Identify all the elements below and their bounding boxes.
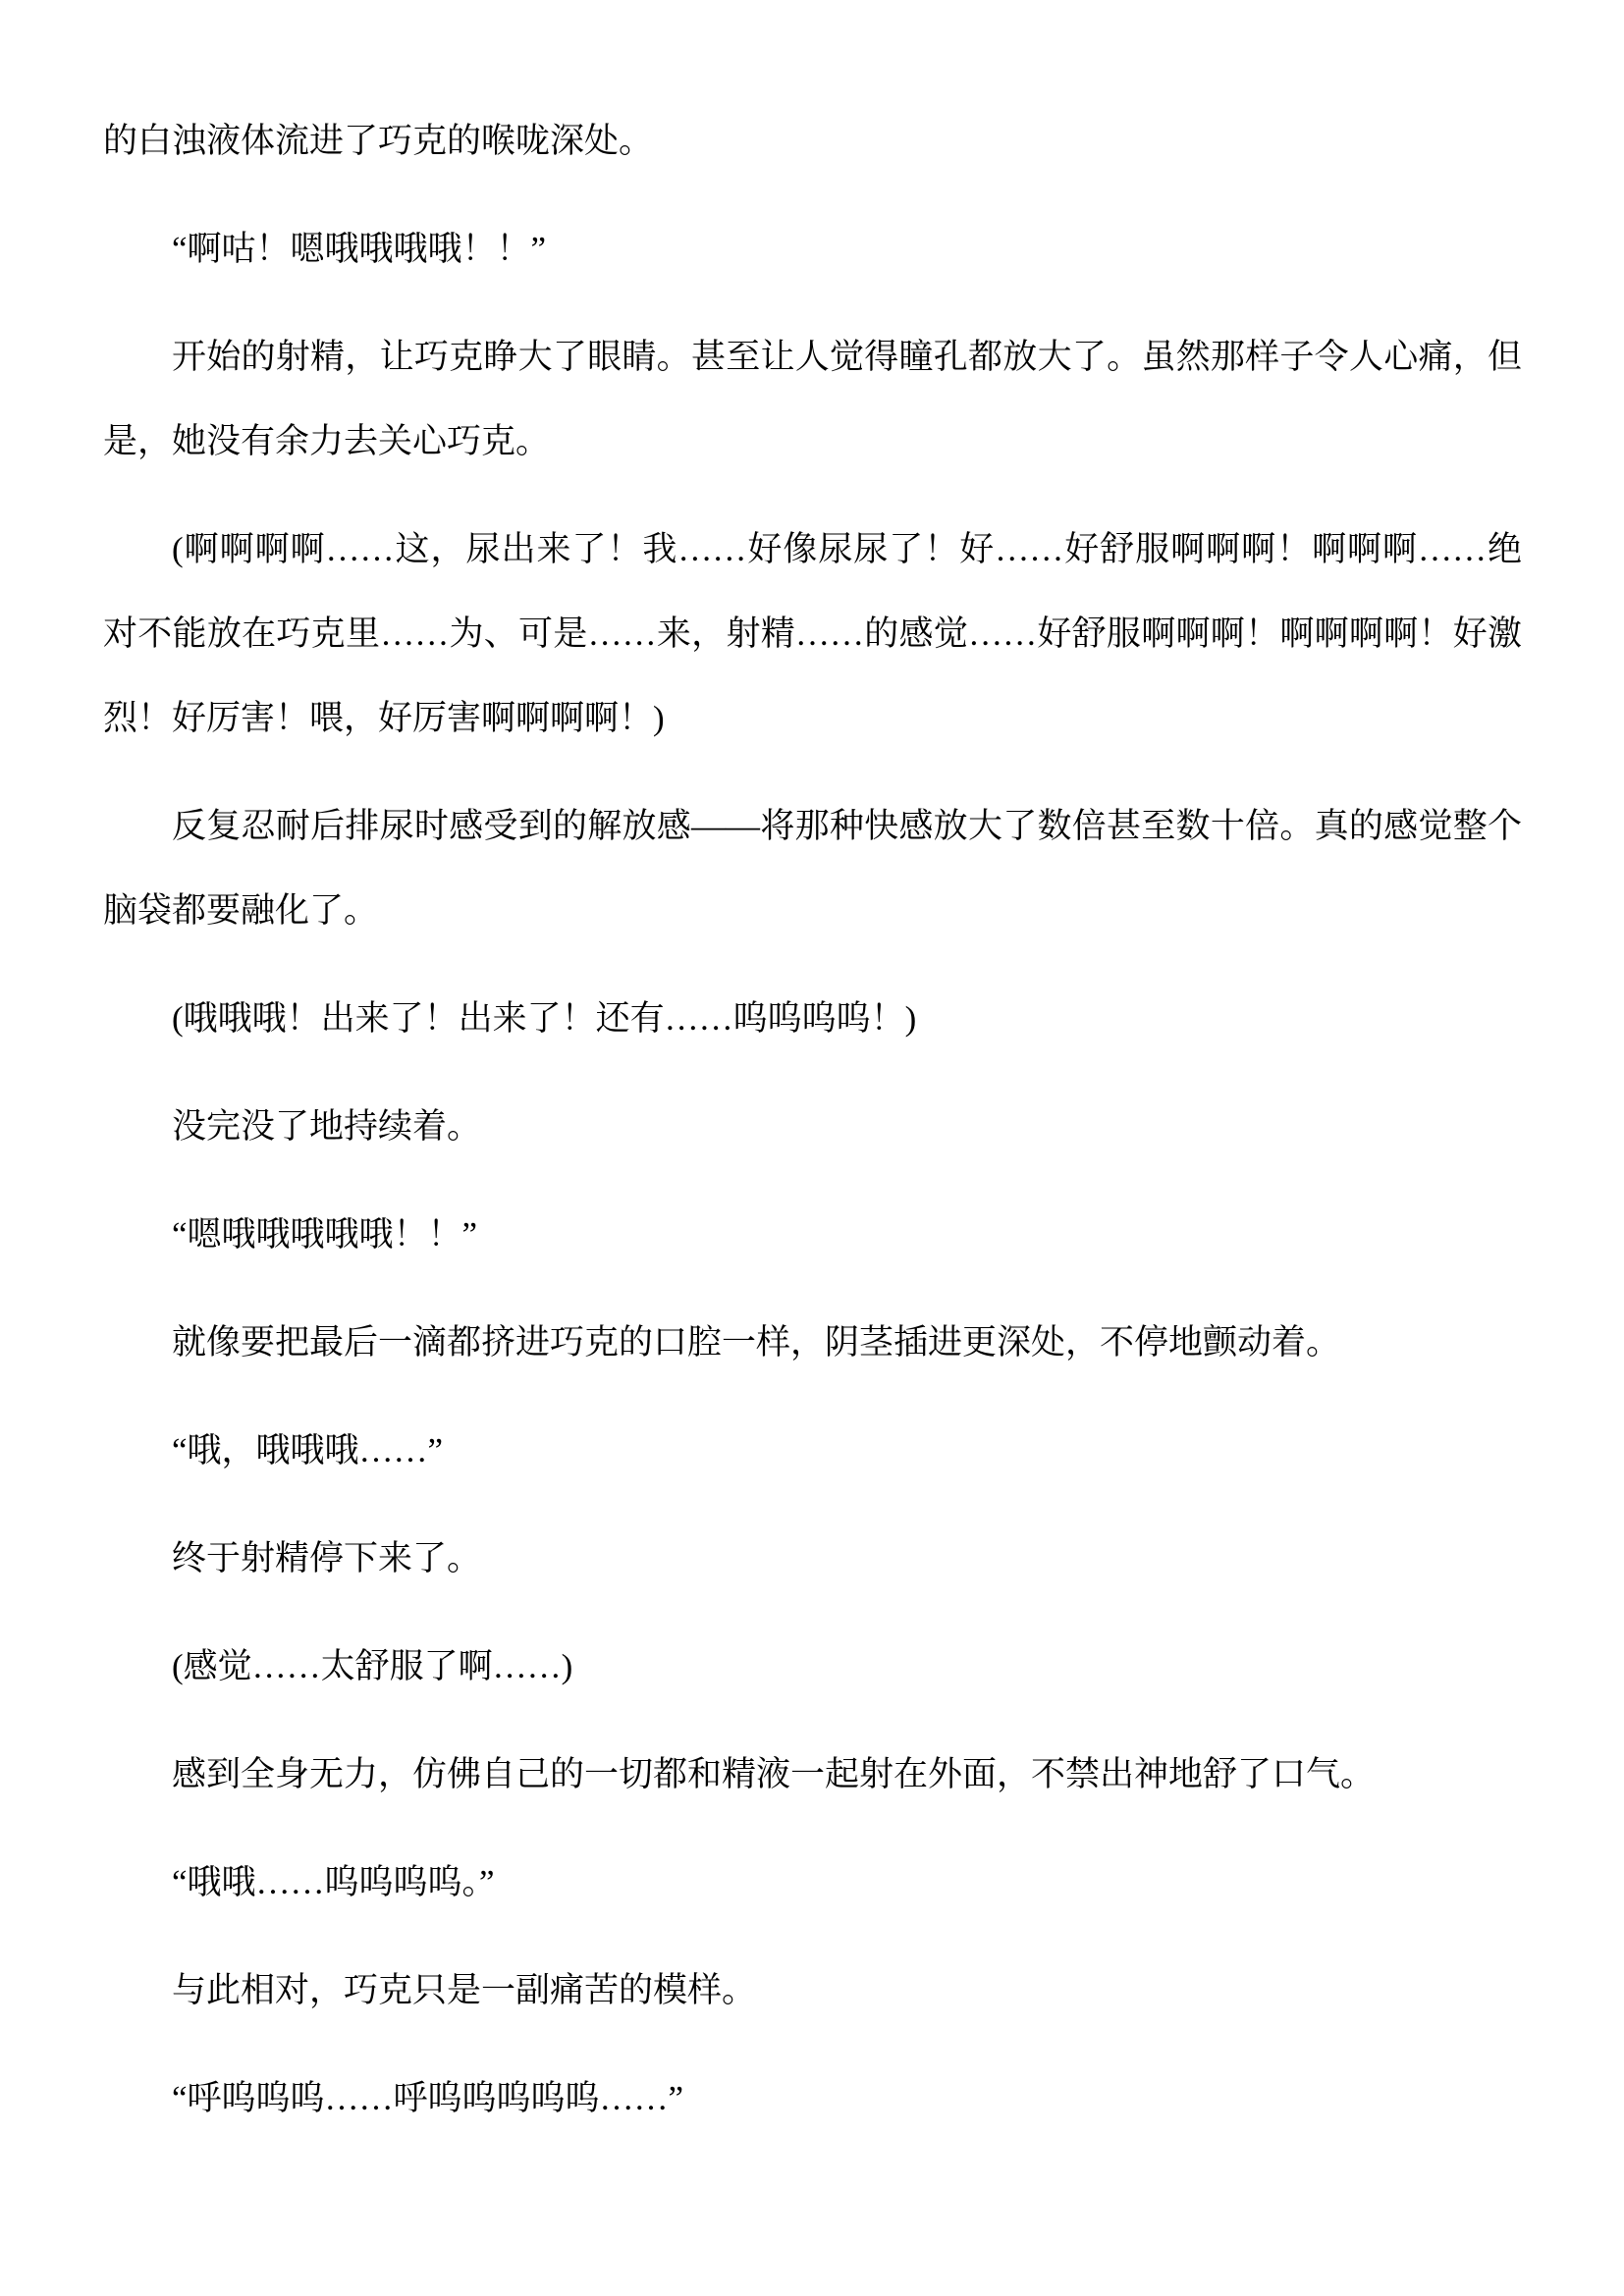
paragraph-narration: 没完没了地持续着。 <box>103 1085 1522 1169</box>
paragraph-narration: 开始的射精，让巧克睁大了眼睛。甚至让人觉得瞳孔都放大了。虽然那样子令人心痛，但是… <box>103 315 1522 484</box>
paragraph-dialogue: “啊咕！嗯哦哦哦哦！！” <box>103 207 1522 292</box>
paragraph-narration: 与此相对，巧克只是一副痛苦的模样。 <box>103 1949 1522 2033</box>
paragraph-inner-monologue: (感觉……太舒服了啊……) <box>103 1625 1522 1709</box>
paragraph-dialogue: “哦，哦哦哦……” <box>103 1409 1522 1493</box>
paragraph-inner-monologue: (啊啊啊啊……这，尿出来了！我……好像尿尿了！好……好舒服啊啊啊！啊啊啊……绝对… <box>103 507 1522 761</box>
text-column: 的白浊液体流进了巧克的喉咙深处。 “啊咕！嗯哦哦哦哦！！” 开始的射精，让巧克睁… <box>103 99 1522 2141</box>
paragraph-narration: 就像要把最后一滴都挤进巧克的口腔一样，阴茎插进更深处，不停地颤动着。 <box>103 1301 1522 1385</box>
paragraph-narration: 感到全身无力，仿佛自己的一切都和精液一起射在外面，不禁出神地舒了口气。 <box>103 1733 1522 1817</box>
paragraph-narration: 终于射精停下来了。 <box>103 1517 1522 1601</box>
paragraph-dialogue: “呼呜呜呜……呼呜呜呜呜呜……” <box>103 2056 1522 2141</box>
paragraph-dialogue: “哦哦……呜呜呜呜。” <box>103 1841 1522 1925</box>
document-page: 的白浊液体流进了巧克的喉咙深处。 “啊咕！嗯哦哦哦哦！！” 开始的射精，让巧克睁… <box>0 0 1624 2296</box>
paragraph-dialogue: “嗯哦哦哦哦哦！！” <box>103 1193 1522 1277</box>
paragraph-narration-continuation: 的白浊液体流进了巧克的喉咙深处。 <box>103 99 1522 184</box>
paragraph-narration: 反复忍耐后排尿时感受到的解放感——将那种快感放大了数倍甚至数十倍。真的感觉整个脑… <box>103 784 1522 953</box>
paragraph-inner-monologue: (哦哦哦！出来了！出来了！还有……呜呜呜呜！) <box>103 977 1522 1061</box>
